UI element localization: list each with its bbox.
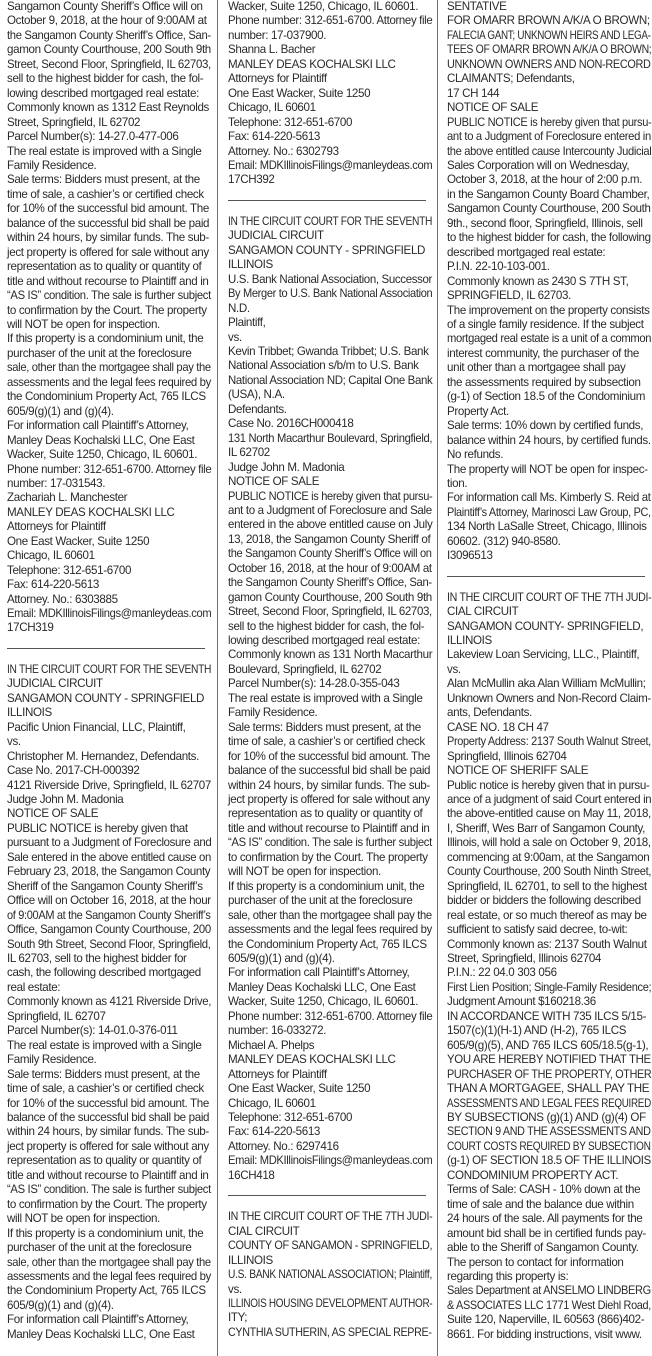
- notice-text-line: cash, the following described mortgaged: [7, 966, 201, 980]
- notice-text-line: Alan McMullin aka Alan William McMullin;: [447, 677, 646, 691]
- notice-text-line: 1507(c)(1)(H-1) AND (H-2), 765 ILCS: [447, 1024, 626, 1038]
- notice-text-line: Manley Deas Kochalski LLC, One East: [228, 981, 416, 995]
- notice-text-line: gamon County Courthouse, 200 South 9th: [7, 43, 211, 57]
- notice-text-line: ILLINOIS HOUSING DEVELOPMENT AUTHOR-: [228, 1297, 432, 1311]
- notice-text-line: ant to a Judgment of Foreclosure and Sal…: [228, 504, 432, 518]
- notice-text-line: purchaser of the unit at the foreclosure: [228, 894, 413, 908]
- notice-text-line: representation as to quality or quantity…: [7, 260, 201, 274]
- notice-text-line: ject property is offered for sale withou…: [7, 246, 209, 260]
- column-3: SENTATIVEFOR OMARR BROWN A/K/A O BROWN;F…: [447, 0, 651, 1356]
- notice-text-line: for 10% of the successful bid amount. Th…: [7, 202, 209, 216]
- notice-text-line: SECTION 9 AND THE ASSESSMENTS AND: [447, 1125, 651, 1139]
- notice-text-line: 60602. (312) 940-8580.: [447, 535, 561, 549]
- notice-text-line: ILLINOIS: [228, 1254, 273, 1268]
- notice-text-line: ance of a judgment of said Court entered…: [447, 793, 651, 807]
- notice-text-line: the Sangamon County Sheriff’s Office wil…: [228, 547, 432, 561]
- notice-text-line: Family Residence.: [7, 159, 96, 173]
- notice-text-line: the Sangamon County Sheriff’s Office, Sa…: [228, 576, 432, 590]
- notice-text-line: I3096513: [447, 549, 493, 563]
- notice-text-line: FALECIA GANT; UNKNOWN HEIRS AND LEGA-: [447, 29, 651, 43]
- notice-text-line: ants, Defendants.: [447, 706, 532, 720]
- notice-text-line: gamon County Courthouse, 200 South 9th: [228, 591, 432, 605]
- notice-text-line: JUDICIAL CIRCUIT: [228, 229, 324, 243]
- notice-text-line: 17CH392: [228, 173, 275, 187]
- notice-text-line: mortgaged real estate is a unit of a com…: [447, 332, 651, 346]
- notice-text-line: N.D.: [228, 302, 250, 316]
- notice-text-line: Zachariah L. Manchester: [7, 491, 127, 505]
- notice-text-line: vs.: [7, 735, 21, 749]
- notice-text-line: 134 North LaSalle Street, Chicago, Illin…: [447, 520, 647, 534]
- notice-text-line: CLAIMANTS; Defendants,: [447, 72, 575, 86]
- notice-text-line: number: 17-031543.: [7, 477, 105, 491]
- notice-text-line: balance within 24 hours, by certified fu…: [447, 434, 651, 448]
- notice-text-line: Sangamon County Sheriff’s Office will on: [7, 0, 203, 14]
- notice-text-line: CONDOMINIUM PROPERTY ACT.: [447, 1169, 618, 1183]
- notice-text-line: for 10% of the successful bid amount. Th…: [7, 1097, 209, 1111]
- notice-text-line: Attorneys for Plaintiff: [7, 520, 106, 534]
- notice-text-line: time of sale, a cashier’s or certified c…: [7, 1082, 204, 1096]
- notice-text-line: Boulevard, Springfield, IL 62702: [228, 663, 381, 677]
- notice-text-line: purchaser of the unit at the foreclosure: [7, 347, 192, 361]
- notice-text-line: SANGAMON COUNTY- SPRINGFIELD,: [447, 620, 643, 634]
- notice-text-line: 605/9(g)(1) and (g)(4).: [7, 405, 114, 419]
- notice-text-line: Case No. 2016CH000418: [228, 417, 353, 431]
- notice-text-line: Street, Springfield, IL 62702: [7, 116, 140, 130]
- notice-text-line: 8661. For bidding instructions, visit ww…: [447, 1328, 642, 1342]
- notice-text-line: For information call Plaintiff’s Attorne…: [7, 1313, 188, 1327]
- notice-text-line: the Condominium Property Act, 765 ILCS: [228, 938, 427, 952]
- notice-text-line: 24 hours of the sale. All payments for t…: [447, 1212, 642, 1226]
- notice-text-line: sufficient to satisfy said decree, to-wi…: [447, 923, 627, 937]
- notice-text-line: SANGAMON COUNTY - SPRINGFIELD: [7, 692, 204, 706]
- notice-text-line: sell to the highest bidder for cash, the…: [228, 620, 424, 634]
- notice-text-line: The real estate is improved with a Singl…: [7, 145, 201, 159]
- notice-text-line: Attorney. No.: 6303885: [7, 593, 118, 607]
- notice-text-line: Commonly known as 2430 S 7TH ST,: [447, 275, 628, 289]
- notice-text-line: Property Address: 2137 South Walnut Stre…: [447, 735, 651, 749]
- notice-text-line: The real estate is improved with a Singl…: [228, 692, 422, 706]
- notice-text-line: THAN A MORTGAGEE, SHALL PAY THE: [447, 1082, 649, 1096]
- notice-text-line: South 9th Street, Second Floor, Springfi…: [7, 938, 211, 952]
- notice-text-line: bidder or bidders the following describe…: [447, 894, 641, 908]
- notice-text-line: For information call Plaintiff’s Attorne…: [7, 419, 188, 433]
- notice-text-line: “AS IS” condition. The sale is further s…: [7, 289, 211, 303]
- notice-text-line: vs.: [228, 331, 242, 345]
- notice-text-line: The person to contact for information: [447, 1256, 624, 1270]
- notice-separator: [7, 648, 205, 649]
- notice-text-line: time of sale and the balance due within: [447, 1198, 634, 1212]
- notice-text-line: for 10% of the successful bid amount. Th…: [228, 750, 430, 764]
- notice-text-line: IL 62703, sell to the highest bidder for: [7, 952, 187, 966]
- notice-text-line: representation as to quality or quantity…: [228, 807, 422, 821]
- notice-text-line: CIAL CIRCUIT: [447, 605, 518, 619]
- notice-text-line: I, Sheriff, Wes Barr of Sangamon County,: [447, 822, 645, 836]
- notice-text-line: balance of the successful bid shall be p…: [228, 764, 430, 778]
- legal-notice: Sangamon County Sheriff’s Office will on…: [7, 0, 211, 636]
- notice-text-line: One East Wacker, Suite 1250: [7, 535, 149, 549]
- legal-notice: IN THE CIRCUIT COURT FOR THE SEVENTHJUDI…: [7, 663, 211, 1342]
- notice-text-line: If this property is a condominium unit, …: [7, 332, 203, 346]
- notice-text-line: Phone number: 312-651-6700. Attorney fil…: [228, 1010, 432, 1024]
- notice-text-line: Wacker, Suite 1250, Chicago, IL 60601.: [228, 0, 418, 14]
- notice-text-line: the above-entitled cause on May 11, 2018…: [447, 807, 651, 821]
- notice-text-line: BY SUBSECTIONS (g)(1) AND (g)(4) OF: [447, 1111, 646, 1125]
- notice-text-line: Telephone: 312-651-6700: [7, 564, 131, 578]
- notice-text-line: number: 17-037900.: [228, 29, 326, 43]
- notice-text-line: Family Residence.: [7, 1053, 96, 1067]
- notice-text-line: One East Wacker, Suite 1250: [228, 87, 370, 101]
- notice-text-line: Christopher M. Hernandez, Defendants.: [7, 750, 199, 764]
- notice-text-line: Unknown Owners and Non-Record Claim-: [447, 692, 651, 706]
- notice-text-line: assessments and the legal fees required …: [228, 923, 432, 937]
- notice-text-line: Property Act.: [447, 405, 509, 419]
- notice-text-line: Plaintiff,: [228, 316, 266, 330]
- notice-text-line: Attorneys for Plaintiff: [228, 1068, 327, 1082]
- notice-text-line: NOTICE OF SALE: [7, 807, 98, 821]
- notice-text-line: 16CH418: [228, 1169, 275, 1183]
- notice-text-line: regarding this property is:: [447, 1270, 568, 1284]
- notice-text-line: P.I.N. 22-10-103-001.: [447, 260, 550, 274]
- notice-text-line: Parcel Number(s): 14-01.0-376-011: [7, 1024, 178, 1038]
- notice-text-line: CYNTHIA SUTHERIN, AS SPECIAL REPRE-: [228, 1326, 432, 1340]
- notice-text-line: real estate:: [7, 981, 60, 995]
- notice-text-line: number: 16-033272.: [228, 1024, 326, 1038]
- notice-text-line: PUBLIC NOTICE is hereby given that pursu…: [228, 490, 432, 504]
- notice-text-line: NOTICE OF SALE: [447, 101, 538, 115]
- notice-text-line: ILLINOIS: [7, 706, 52, 720]
- notice-text-line: Office will on October 16, 2018, at the …: [7, 894, 211, 908]
- notice-text-line: Sales Corporation will on Wednesday,: [447, 159, 629, 173]
- notice-text-line: title and without recourse to Plaintiff …: [228, 822, 430, 836]
- notice-text-line: U.S. Bank National Association, Successo…: [228, 273, 432, 287]
- notice-text-line: ject property is offered for sale withou…: [228, 793, 430, 807]
- notice-text-line: Sale terms: 10% down by certified funds,: [447, 419, 643, 433]
- notice-text-line: The property will NOT be open for inspec…: [447, 463, 648, 477]
- notice-text-line: First Lien Position; Single-Family Resid…: [447, 981, 651, 995]
- notice-text-line: real estate, or so much thereof as may b…: [447, 909, 647, 923]
- notice-text-line: Street, Springfield, Illinois 62704: [447, 952, 601, 966]
- notice-text-line: IN THE CIRCUIT COURT FOR THE SEVENTH: [7, 663, 211, 677]
- notice-text-line: Email: MDKIllinoisFilings@manleydeas.com: [228, 1154, 432, 1168]
- notice-text-line: TEES OF OMARR BROWN A/K/A O BROWN;: [447, 43, 651, 57]
- notice-text-line: Judge John M. Madonia: [228, 461, 344, 475]
- notice-separator: [228, 1195, 426, 1196]
- notice-text-line: Fax: 614-220-5613: [228, 1125, 320, 1139]
- notice-text-line: (g-1) of Section 18.5 of the Condominium: [447, 390, 645, 404]
- notice-text-line: IN THE CIRCUIT COURT OF THE 7TH JUDI-: [447, 591, 651, 605]
- notice-text-line: the assessments required by subsection: [447, 376, 641, 390]
- notice-text-line: SANGAMON COUNTY - SPRINGFIELD: [228, 244, 425, 258]
- notice-text-line: Plaintiff’s Attorney, Marinosci Law Grou…: [447, 506, 651, 520]
- notice-text-line: balance of the successful bid shall be p…: [7, 217, 209, 231]
- notice-text-line: Sheriff of the Sangamon County Sheriff’s: [7, 880, 203, 894]
- notice-text-line: County Courthouse, 200 South Ninth Stree…: [447, 865, 651, 879]
- notice-text-line: Attorney. No.: 6297416: [228, 1140, 339, 1154]
- column-1: Sangamon County Sheriff’s Office will on…: [7, 0, 211, 1356]
- notice-text-line: CASE NO. 18 CH 47: [447, 721, 549, 735]
- notice-text-line: Chicago, IL 60601: [7, 549, 95, 563]
- notice-text-line: MANLEY DEAS KOCHALSKI LLC: [228, 58, 396, 72]
- notice-text-line: ASSESSMENTS AND LEGAL FEES REQUIRED: [447, 1097, 651, 1111]
- notice-text-line: assessments and the legal fees required …: [7, 376, 211, 390]
- notice-text-line: February 23, 2018, the Sangamon County: [7, 865, 210, 879]
- notice-text-line: Commonly known as 131 North Macarthur: [228, 648, 432, 662]
- notice-text-line: ILLINOIS: [228, 258, 273, 272]
- notice-text-line: Parcel Number(s): 14-27.0-477-006: [7, 130, 178, 144]
- notice-text-line: Street, Second Floor, Springfield, IL 62…: [7, 58, 211, 72]
- legal-notice: Wacker, Suite 1250, Chicago, IL 60601.Ph…: [228, 0, 432, 188]
- notice-text-line: sale, other than the mortgagee shall pay…: [228, 909, 432, 923]
- notice-text-line: Street, Second Floor, Springfield, IL 62…: [228, 605, 432, 619]
- notice-text-line: SPRINGFIELD, IL 62703.: [447, 289, 571, 303]
- notice-text-line: Terms of Sale: CASH - 10% down at the: [447, 1183, 640, 1197]
- notice-text-line: MANLEY DEAS KOCHALSKI LLC: [228, 1053, 396, 1067]
- notice-text-line: 17CH319: [7, 621, 54, 635]
- notice-text-line: ject property is offered for sale withou…: [7, 1140, 209, 1154]
- notice-text-line: within 24 hours, by similar funds. The s…: [228, 779, 430, 793]
- notice-text-line: the above entitled cause Intercounty Jud…: [447, 145, 651, 159]
- notice-text-line: Public notice is hereby given that in pu…: [447, 779, 649, 793]
- notice-text-line: For information call Ms. Kimberly S. Rei…: [447, 491, 651, 505]
- notice-text-line: will NOT be open for inspection.: [7, 318, 160, 332]
- notice-text-line: described mortgaged real estate:: [447, 246, 605, 260]
- notice-text-line: unit other than a mortgagee shall pay: [447, 361, 625, 375]
- notice-text-line: Sales Department at ANSELMO LINDBERG: [447, 1284, 651, 1298]
- notice-text-line: 17 CH 144: [447, 87, 499, 101]
- notice-text-line: YOU ARE HEREBY NOTIFIED THAT THE: [447, 1053, 651, 1067]
- notice-text-line: COURT COSTS REQUIRED BY SUBSECTION: [447, 1140, 651, 1154]
- notice-text-line: October 9, 2018, at the hour of 9:00AM a…: [7, 14, 207, 28]
- notice-text-line: title and without recourse to Plaintiff …: [7, 1169, 209, 1183]
- notice-text-line: to confirmation by the Court. The proper…: [228, 851, 428, 865]
- notice-text-line: Springfield, Illinois 62704: [447, 750, 566, 764]
- notice-text-line: Sale terms: Bidders must present, at the: [7, 173, 200, 187]
- legal-notice: IN THE CIRCUIT COURT OF THE 7TH JUDI-CIA…: [447, 591, 651, 1343]
- notice-text-line: time of sale, a cashier’s or certified c…: [7, 188, 204, 202]
- notice-text-line: Commonly known as: 2137 South Walnut: [447, 938, 647, 952]
- notice-text-line: lowing described mortgaged real estate:: [228, 634, 420, 648]
- notice-text-line: 13, 2018, the Sangamon County Sheriff of: [228, 533, 430, 547]
- notice-text-line: One East Wacker, Suite 1250: [228, 1082, 370, 1096]
- notice-text-line: October 16, 2018, at the hour of 9:00AM …: [228, 562, 432, 576]
- legal-notice: IN THE CIRCUIT COURT OF THE 7TH JUDI-CIA…: [228, 1210, 432, 1340]
- notice-text-line: PURCHASER OF THE PROPERTY, OTHER: [447, 1068, 651, 1082]
- notice-text-line: entered in the above entitled cause on J…: [228, 518, 432, 532]
- notice-text-line: the Condominium Property Act, 765 ILCS: [7, 390, 206, 404]
- legal-notice: IN THE CIRCUIT COURT FOR THE SEVENTHJUDI…: [228, 215, 432, 1183]
- notice-text-line: commencing at 9:00am, at the Sangamon: [447, 851, 649, 865]
- notice-text-line: of a single family residence. If the sub…: [447, 318, 644, 332]
- notice-text-line: Pacific Union Financial, LLC, Plaintiff,: [7, 721, 185, 735]
- notice-text-line: Judge John M. Madonia: [7, 793, 123, 807]
- notice-text-line: ITY;: [228, 1311, 247, 1325]
- notice-text-line: If this property is a condominium unit, …: [228, 880, 424, 894]
- notice-text-line: October 3, 2018, at the hour of 2:00 p.m…: [447, 173, 642, 187]
- notice-text-line: Sale entered in the above entitled cause…: [7, 851, 211, 865]
- notice-text-line: UNKNOWN OWNERS AND NON-RECORD: [447, 58, 651, 72]
- notice-text-line: PUBLIC NOTICE is hereby given that: [7, 822, 188, 836]
- notice-text-line: Kevin Tribbet; Gwanda Tribbet; U.S. Bank: [228, 345, 429, 359]
- notice-text-line: Springfield, IL 62707: [7, 1010, 106, 1024]
- notice-text-line: Suite 120, Naperville, IL 60563 (866)402…: [447, 1313, 644, 1327]
- notice-text-line: pursuant to a Judgment of Foreclosure an…: [7, 836, 211, 850]
- notice-text-line: Chicago, IL 60601: [228, 1097, 316, 1111]
- notice-text-line: PUBLIC NOTICE is hereby given that pursu…: [447, 116, 651, 130]
- notice-text-line: assessments and the legal fees required …: [7, 1270, 211, 1284]
- notice-text-line: “AS IS” condition. The sale is further s…: [7, 1183, 211, 1197]
- notice-text-line: Defendants.: [228, 403, 287, 417]
- notice-text-line: amount bid shall be in certified funds p…: [447, 1227, 646, 1241]
- notice-text-line: If this property is a condominium unit, …: [7, 1227, 203, 1241]
- notice-text-line: Sale terms: Bidders must present, at the: [7, 1068, 200, 1082]
- notice-text-line: will NOT be open for inspection.: [228, 865, 381, 879]
- notice-text-line: interest community, the purchaser of the: [447, 347, 639, 361]
- notice-text-line: 605/9(g)(5), AND 765 ILCS 605/18.5(g-1),: [447, 1039, 648, 1053]
- notice-text-line: National Association s/b/m to U.S. Bank: [228, 359, 419, 373]
- column-divider: [217, 0, 218, 1356]
- notice-text-line: vs.: [447, 663, 461, 677]
- notice-text-line: Wacker, Suite 1250, Chicago, IL 60601.: [7, 448, 197, 462]
- legal-notice: SENTATIVEFOR OMARR BROWN A/K/A O BROWN;F…: [447, 0, 651, 564]
- notice-text-line: within 24 hours, by similar funds. The s…: [7, 231, 209, 245]
- legal-notices-page: Sangamon County Sheriff’s Office will on…: [0, 0, 652, 1356]
- notice-text-line: the Condominium Property Act, 765 ILCS: [7, 1284, 206, 1298]
- notice-text-line: 605/9(g)(1) and (g)(4).: [7, 1299, 114, 1313]
- notice-text-line: IN THE CIRCUIT COURT FOR THE SEVENTH: [228, 215, 432, 229]
- notice-separator: [228, 200, 426, 201]
- notice-text-line: in the Sangamon County Board Chamber,: [447, 188, 649, 202]
- notice-text-line: balance of the successful bid shall be p…: [7, 1111, 209, 1125]
- notice-text-line: the Sangamon County Sheriff’s Office, Sa…: [7, 29, 211, 43]
- notice-text-line: Sangamon County Courthouse, 200 South: [447, 202, 651, 216]
- notice-text-line: Telephone: 312-651-6700: [228, 1111, 352, 1125]
- notice-text-line: time of sale, a cashier’s or certified c…: [228, 735, 425, 749]
- notice-text-line: Attorney. No.: 6302793: [228, 145, 339, 159]
- notice-text-line: 605/9(g)(1) and (g)(4).: [228, 952, 335, 966]
- notice-text-line: & ASSOCIATES LLC 1771 West Diehl Road,: [447, 1299, 651, 1313]
- notice-text-line: (g-1) OF SECTION 18.5 OF THE ILLINOIS: [447, 1154, 651, 1168]
- notice-text-line: Case No. 2017-CH-000392: [7, 764, 139, 778]
- notice-text-line: NOTICE OF SHERIFF SALE: [447, 764, 588, 778]
- notice-text-line: Springfield, IL 62701, to sell to the hi…: [447, 880, 647, 894]
- notice-text-line: Illinois, will hold a sale on October 9,…: [447, 836, 651, 850]
- notice-text-line: FOR OMARR BROWN A/K/A O BROWN;: [447, 14, 650, 28]
- notice-text-line: ILLINOIS: [447, 634, 492, 648]
- notice-text-line: Attorneys for Plaintiff: [228, 72, 327, 86]
- notice-text-line: Email: MDKIllinoisFilings@manleydeas.com: [7, 607, 211, 621]
- notice-text-line: within 24 hours, by similar funds. The s…: [7, 1125, 209, 1139]
- notice-separator: [447, 576, 645, 577]
- notice-text-line: 4121 Riverside Drive, Springfield, IL 62…: [7, 779, 211, 793]
- notice-text-line: to confirmation by the Court. The proper…: [7, 1198, 207, 1212]
- notice-text-line: to confirmation by the Court. The proper…: [7, 304, 207, 318]
- notice-text-line: of 9:00AM at the Sangamon County Sheriff…: [7, 909, 211, 923]
- notice-text-line: The real estate is improved with a Singl…: [7, 1039, 201, 1053]
- notice-text-line: purchaser of the unit at the foreclosure: [7, 1241, 192, 1255]
- notice-text-line: Manley Deas Kochalski LLC, One East: [7, 434, 195, 448]
- notice-text-line: 9th., second floor, Springfield, Illinoi…: [447, 217, 643, 231]
- notice-text-line: By Merger to U.S. Bank National Associat…: [228, 287, 432, 301]
- notice-text-line: SENTATIVE: [447, 0, 507, 14]
- notice-text-line: U.S. BANK NATIONAL ASSOCIATION; Plaintif…: [228, 1268, 432, 1282]
- notice-text-line: sell to the highest bidder for cash, the…: [7, 72, 203, 86]
- notice-text-line: Wacker, Suite 1250, Chicago, IL 60601.: [228, 995, 418, 1009]
- notice-text-line: IN ACCORDANCE WITH 735 ILCS 5/15-: [447, 1010, 646, 1024]
- notice-text-line: Phone number: 312-651-6700. Attorney fil…: [7, 463, 211, 477]
- notice-text-line: For information call Plaintiff’s Attorne…: [228, 966, 409, 980]
- notice-text-line: The improvement on the property consists: [447, 304, 650, 318]
- column-divider: [437, 0, 438, 1356]
- notice-text-line: Commonly known as 4121 Riverside Drive,: [7, 995, 211, 1009]
- notice-text-line: P.I.N.: 22 04.0 303 056: [447, 966, 557, 980]
- notice-text-line: Parcel Number(s): 14-28.0-355-043: [228, 677, 399, 691]
- notice-text-line: IN THE CIRCUIT COURT OF THE 7TH JUDI-: [228, 1210, 432, 1224]
- notice-text-line: (USA), N.A.: [228, 388, 285, 402]
- column-2: Wacker, Suite 1250, Chicago, IL 60601.Ph…: [228, 0, 432, 1356]
- notice-text-line: vs.: [228, 1283, 242, 1297]
- notice-text-line: lowing described mortgaged real estate:: [7, 87, 199, 101]
- notice-text-line: Shanna L. Bacher: [228, 43, 315, 57]
- notice-text-line: to the highest bidder for cash, the foll…: [447, 231, 651, 245]
- notice-text-line: Commonly known as 1312 East Reynolds: [7, 101, 209, 115]
- notice-text-line: sale, other than the mortgagee shall pay…: [7, 1256, 211, 1270]
- notice-text-line: title and without recourse to Plaintiff …: [7, 275, 209, 289]
- notice-text-line: No refunds.: [447, 448, 503, 462]
- notice-text-line: Michael A. Phelps: [228, 1039, 314, 1053]
- notice-text-line: 131 North Macarthur Boulevard, Springfie…: [228, 432, 432, 446]
- notice-text-line: will NOT be open for inspection.: [7, 1212, 160, 1226]
- notice-text-line: Fax: 614-220-5613: [7, 578, 99, 592]
- notice-text-line: Chicago, IL 60601: [228, 101, 316, 115]
- notice-text-line: Judgment Amount $160218.36: [447, 995, 596, 1009]
- notice-text-line: Office, Sangamon County Courthouse, 200: [7, 923, 211, 937]
- notice-text-line: National Association ND; Capital One Ban…: [228, 374, 432, 388]
- notice-text-line: Phone number: 312-651-6700. Attorney fil…: [228, 14, 432, 28]
- notice-text-line: representation as to quality or quantity…: [7, 1154, 201, 1168]
- notice-text-line: COUNTY OF SANGAMON - SPRINGFIELD,: [228, 1239, 432, 1253]
- notice-text-line: MANLEY DEAS KOCHALSKI LLC: [7, 506, 175, 520]
- notice-text-line: Sale terms: Bidders must present, at the: [228, 721, 421, 735]
- notice-text-line: Lakeview Loan Servicing, LLC., Plaintiff…: [447, 648, 639, 662]
- notice-text-line: CIAL CIRCUIT: [228, 1225, 299, 1239]
- notice-text-line: sale, other than the mortgagee shall pay…: [7, 361, 211, 375]
- notice-text-line: able to the Sheriff of Sangamon County.: [447, 1241, 639, 1255]
- notice-text-line: Email: MDKIllinoisFilings@manleydeas.com: [228, 159, 432, 173]
- notice-text-line: Telephone: 312-651-6700: [228, 116, 352, 130]
- notice-text-line: JUDICIAL CIRCUIT: [7, 677, 103, 691]
- notice-text-line: Manley Deas Kochalski LLC, One East: [7, 1328, 195, 1342]
- notice-text-line: NOTICE OF SALE: [228, 475, 319, 489]
- notice-text-line: tion.: [447, 477, 467, 491]
- notice-text-line: Fax: 614-220-5613: [228, 130, 320, 144]
- notice-text-line: ant to a Judgment of Foreclosure entered…: [447, 130, 651, 144]
- notice-text-line: “AS IS” condition. The sale is further s…: [228, 836, 432, 850]
- notice-text-line: IL 62702: [228, 446, 270, 460]
- notice-text-line: Family Residence.: [228, 706, 317, 720]
